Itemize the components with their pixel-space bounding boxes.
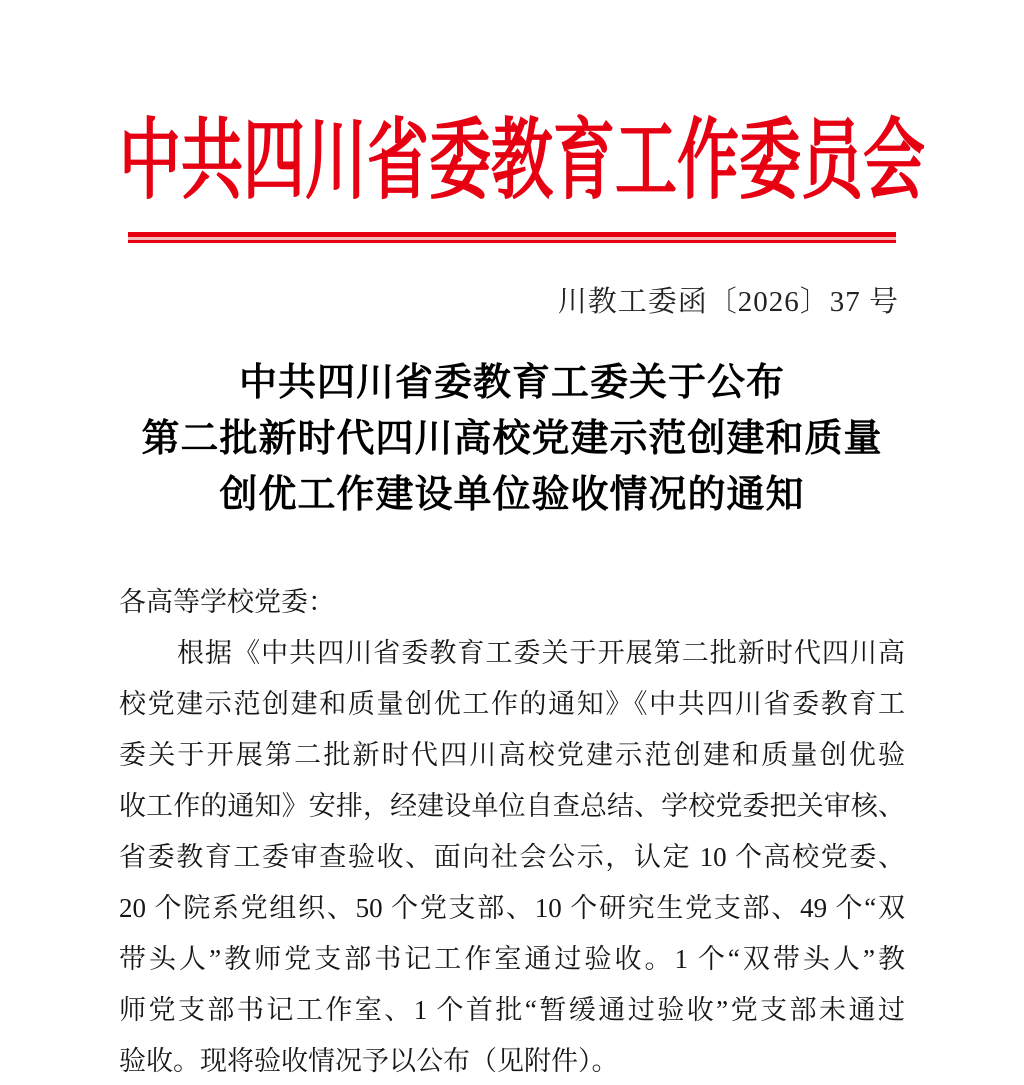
letterhead-org-name: 中共四川省委教育工作委员会 xyxy=(119,118,905,243)
document-title: 中共四川省委教育工委关于公布 第二批新时代四川高校党建示范创建和质量 创优工作建… xyxy=(119,355,905,523)
salutation: 各高等学校党委： xyxy=(119,577,905,628)
body-line-4: 收工作的通知》安排，经建设单位自查总结、学校党委把关审核、 xyxy=(119,781,905,832)
doc-number: 川教工委函〔2026〕37 号 xyxy=(119,285,905,319)
body-line-1: 根据《中共四川省委教育工委关于开展第二批新时代四川高 xyxy=(119,628,905,679)
body-line-7: 带头人”教师党支部书记工作室通过验收。1 个“双带头人”教 xyxy=(119,934,905,985)
body-line-6: 20 个院系党组织、50 个党支部、10 个研究生党支部、49 个“双 xyxy=(119,883,905,934)
title-line-2: 第二批新时代四川高校党建示范创建和质量 xyxy=(119,411,905,467)
title-line-3: 创优工作建设单位验收情况的通知 xyxy=(119,467,905,523)
document-content: 中共四川省委教育工作委员会 川教工委函〔2026〕37 号 中共四川省委教育工委… xyxy=(119,118,905,1085)
body-line-2: 校党建示范创建和质量创优工作的通知》《中共四川省委教育工 xyxy=(119,679,905,730)
body-line-5: 省委教育工委审查验收、面向社会公示，认定 10 个高校党委、 xyxy=(119,832,905,883)
document-page: 中共四川省委教育工作委员会 川教工委函〔2026〕37 号 中共四川省委教育工委… xyxy=(0,0,1024,1085)
document-body: 各高等学校党委： 根据《中共四川省委教育工委关于开展第二批新时代四川高 校党建示… xyxy=(119,577,905,1085)
body-line-8: 师党支部书记工作室、1 个首批“暂缓通过验收”党支部未通过 xyxy=(119,985,905,1036)
body-line-3: 委关于开展第二批新时代四川高校党建示范创建和质量创优验 xyxy=(119,730,905,781)
body-line-9: 验收。现将验收情况予以公布（见附件）。 xyxy=(119,1036,905,1085)
title-line-1: 中共四川省委教育工委关于公布 xyxy=(119,355,905,411)
